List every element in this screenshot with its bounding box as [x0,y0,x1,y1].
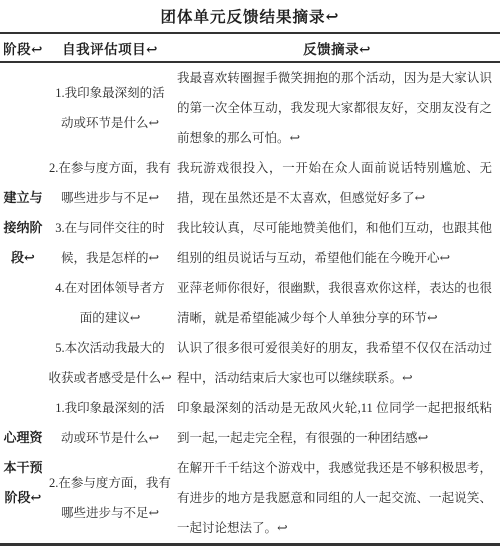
feedback-cell: 印象最深刻的活动是无敌风火轮,11 位同学一起把报纸粘到一起,一起走完全程，有很… [174,393,500,453]
item-cell: 2.在参与度方面，我有 哪些进步与不足↩ [46,153,174,213]
document-title: 团体单元反馈结果摘录↩ [0,0,500,32]
item-cell: 2.在参与度方面，我有 哪些进步与不足↩ [46,453,174,545]
table-row: 3.在与同伴交往的时 候，我是怎样的↩ 我比较认真，尽可能地赞美他们，和他们互动… [0,213,500,273]
item-cell: 1.我印象最深刻的活 动或环节是什么↩ [46,393,174,453]
table-row: 心理资 本干预 阶段↩ 1.我印象最深刻的活 动或环节是什么↩ 印象最深刻的活动… [0,393,500,453]
feedback-cell: 我玩游戏很投入，一开始在众人面前说话特别尴尬、无措，现在虽然还是不太喜欢，但感觉… [174,153,500,213]
item-cell: 1.我印象最深刻的活 动或环节是什么↩ [46,62,174,153]
feedback-cell: 我最喜欢转圈握手微笑拥抱的那个活动，因为是大家认识的第一次全体互动，我发现大家都… [174,62,500,153]
table-row: 建立与 接纳阶 段↩ 1.我印象最深刻的活 动或环节是什么↩ 我最喜欢转圈握手微… [0,62,500,153]
header-feedback: 反馈摘录↩ [174,33,500,62]
table-row: 5.本次活动我最大的 收获或者感受是什么↩ 认识了很多很可爱很美好的朋友，我希望… [0,333,500,393]
item-cell: 5.本次活动我最大的 收获或者感受是什么↩ [46,333,174,393]
header-item: 自我评估项目↩ [46,33,174,62]
table-header-row: 阶段↩ 自我评估项目↩ 反馈摘录↩ [0,33,500,62]
header-stage: 阶段↩ [0,33,46,62]
feedback-table: 阶段↩ 自我评估项目↩ 反馈摘录↩ 建立与 接纳阶 段↩ 1.我印象最深刻的活 … [0,32,500,546]
table-row: 2.在参与度方面，我有 哪些进步与不足↩ 我玩游戏很投入，一开始在众人面前说话特… [0,153,500,213]
stage-cell-psych-capital: 心理资 本干预 阶段↩ [0,393,46,545]
document-page: 团体单元反馈结果摘录↩ 阶段↩ 自我评估项目↩ 反馈摘录↩ 建立与 接纳阶 段↩… [0,0,500,554]
item-cell: 4.在对团体领导者方 面的建议↩ [46,273,174,333]
feedback-cell: 亚萍老师你很好，很幽默，我很喜欢你这样，表达的也很清晰，就是希望能减少每个人单独… [174,273,500,333]
stage-cell-establish-accept: 建立与 接纳阶 段↩ [0,62,46,393]
feedback-cell: 我比较认真，尽可能地赞美他们，和他们互动，也跟其他组别的组员说话与互动，希望他们… [174,213,500,273]
item-cell: 3.在与同伴交往的时 候，我是怎样的↩ [46,213,174,273]
table-row: 4.在对团体领导者方 面的建议↩ 亚萍老师你很好，很幽默，我很喜欢你这样，表达的… [0,273,500,333]
feedback-cell: 在解开千千结这个游戏中，我感觉我还是不够积极思考，有进步的地方是我愿意和同组的人… [174,453,500,545]
table-row: 2.在参与度方面，我有 哪些进步与不足↩ 在解开千千结这个游戏中，我感觉我还是不… [0,453,500,545]
feedback-cell: 认识了很多很可爱很美好的朋友，我希望不仅仅在活动过程中，活动结束后大家也可以继续… [174,333,500,393]
